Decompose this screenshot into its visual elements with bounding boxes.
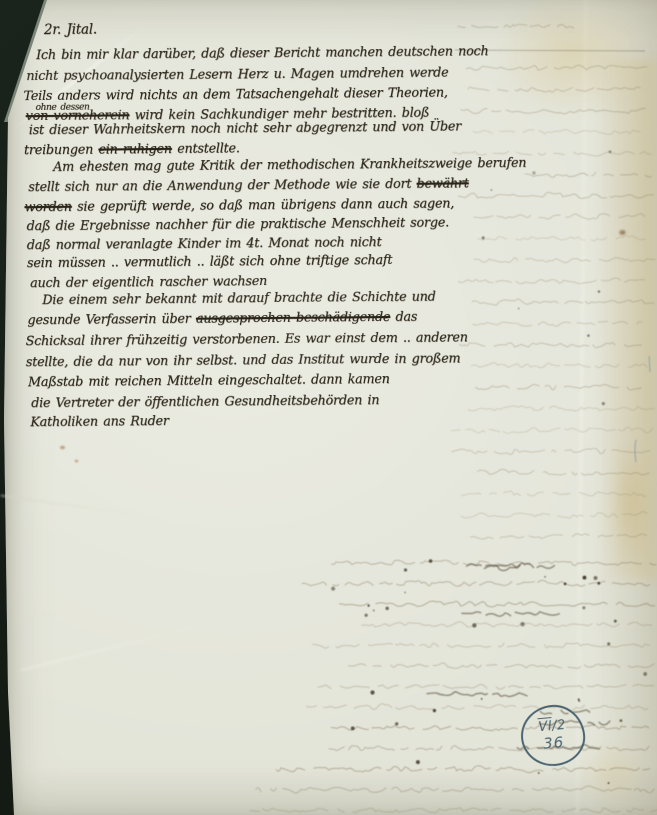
manuscript-line: Die einem sehr bekannt mit darauf bracht… (42, 290, 435, 309)
manuscript-line: daß die Ergebnisse nachher für die prakt… (27, 215, 449, 235)
manuscript-line: sein müssen .. vermutlich .. läßt sich o… (27, 253, 392, 272)
manuscript-line: stellt sich nur an die Anwendung der Met… (28, 176, 469, 196)
manuscript-line: worden sie geprüft werde, so daß man übr… (24, 196, 454, 216)
manuscript-line: Katholiken ans Ruder (30, 414, 169, 431)
manuscript-line: Am ehesten mag gute Kritik der methodisc… (53, 156, 526, 176)
manuscript-heading: 2r. Jital. (44, 22, 97, 38)
manuscript-line: gesunde Verfasserin über ausgesprochen b… (27, 310, 417, 329)
manuscript-line: Schicksal ihrer frühzeitig verstorbenen.… (26, 330, 468, 350)
interlinear-insertion: ohne dessen (36, 100, 90, 116)
manuscript-line: ist dieser Wahrheitskern noch nicht sehr… (29, 119, 461, 139)
stamp-reference-number: VI/2 (538, 719, 566, 734)
manuscript-line: daß normal veranlagte Kinder im 4t. Mona… (27, 235, 382, 254)
manuscript-line: die Vertreter der öffentlichen Gesundhei… (31, 393, 379, 412)
manuscript-line: Ich bin mir klar darüber, daß dieser Ber… (36, 44, 488, 64)
manuscript-line: stellte, die da nur von ihr selbst. und … (26, 351, 461, 371)
handwriting-block: 2r. Jital. Ich bin mir klar darüber, daß… (0, 0, 657, 815)
manuscript-line: nicht psychoanalysierten Lesern Herz u. … (26, 65, 448, 85)
manuscript-line: Maßstab mit reichen Mitteln eingeschalte… (28, 372, 390, 391)
manuscript-line: treibungen ein ruhigen entstellte. (24, 141, 240, 159)
manuscript-line: auch der eigentlich rascher wachsen (30, 274, 267, 292)
stamp-page-number: 36 (542, 734, 564, 752)
scanned-manuscript-page: 2r. Jital. Ich bin mir klar darüber, daß… (0, 0, 657, 815)
